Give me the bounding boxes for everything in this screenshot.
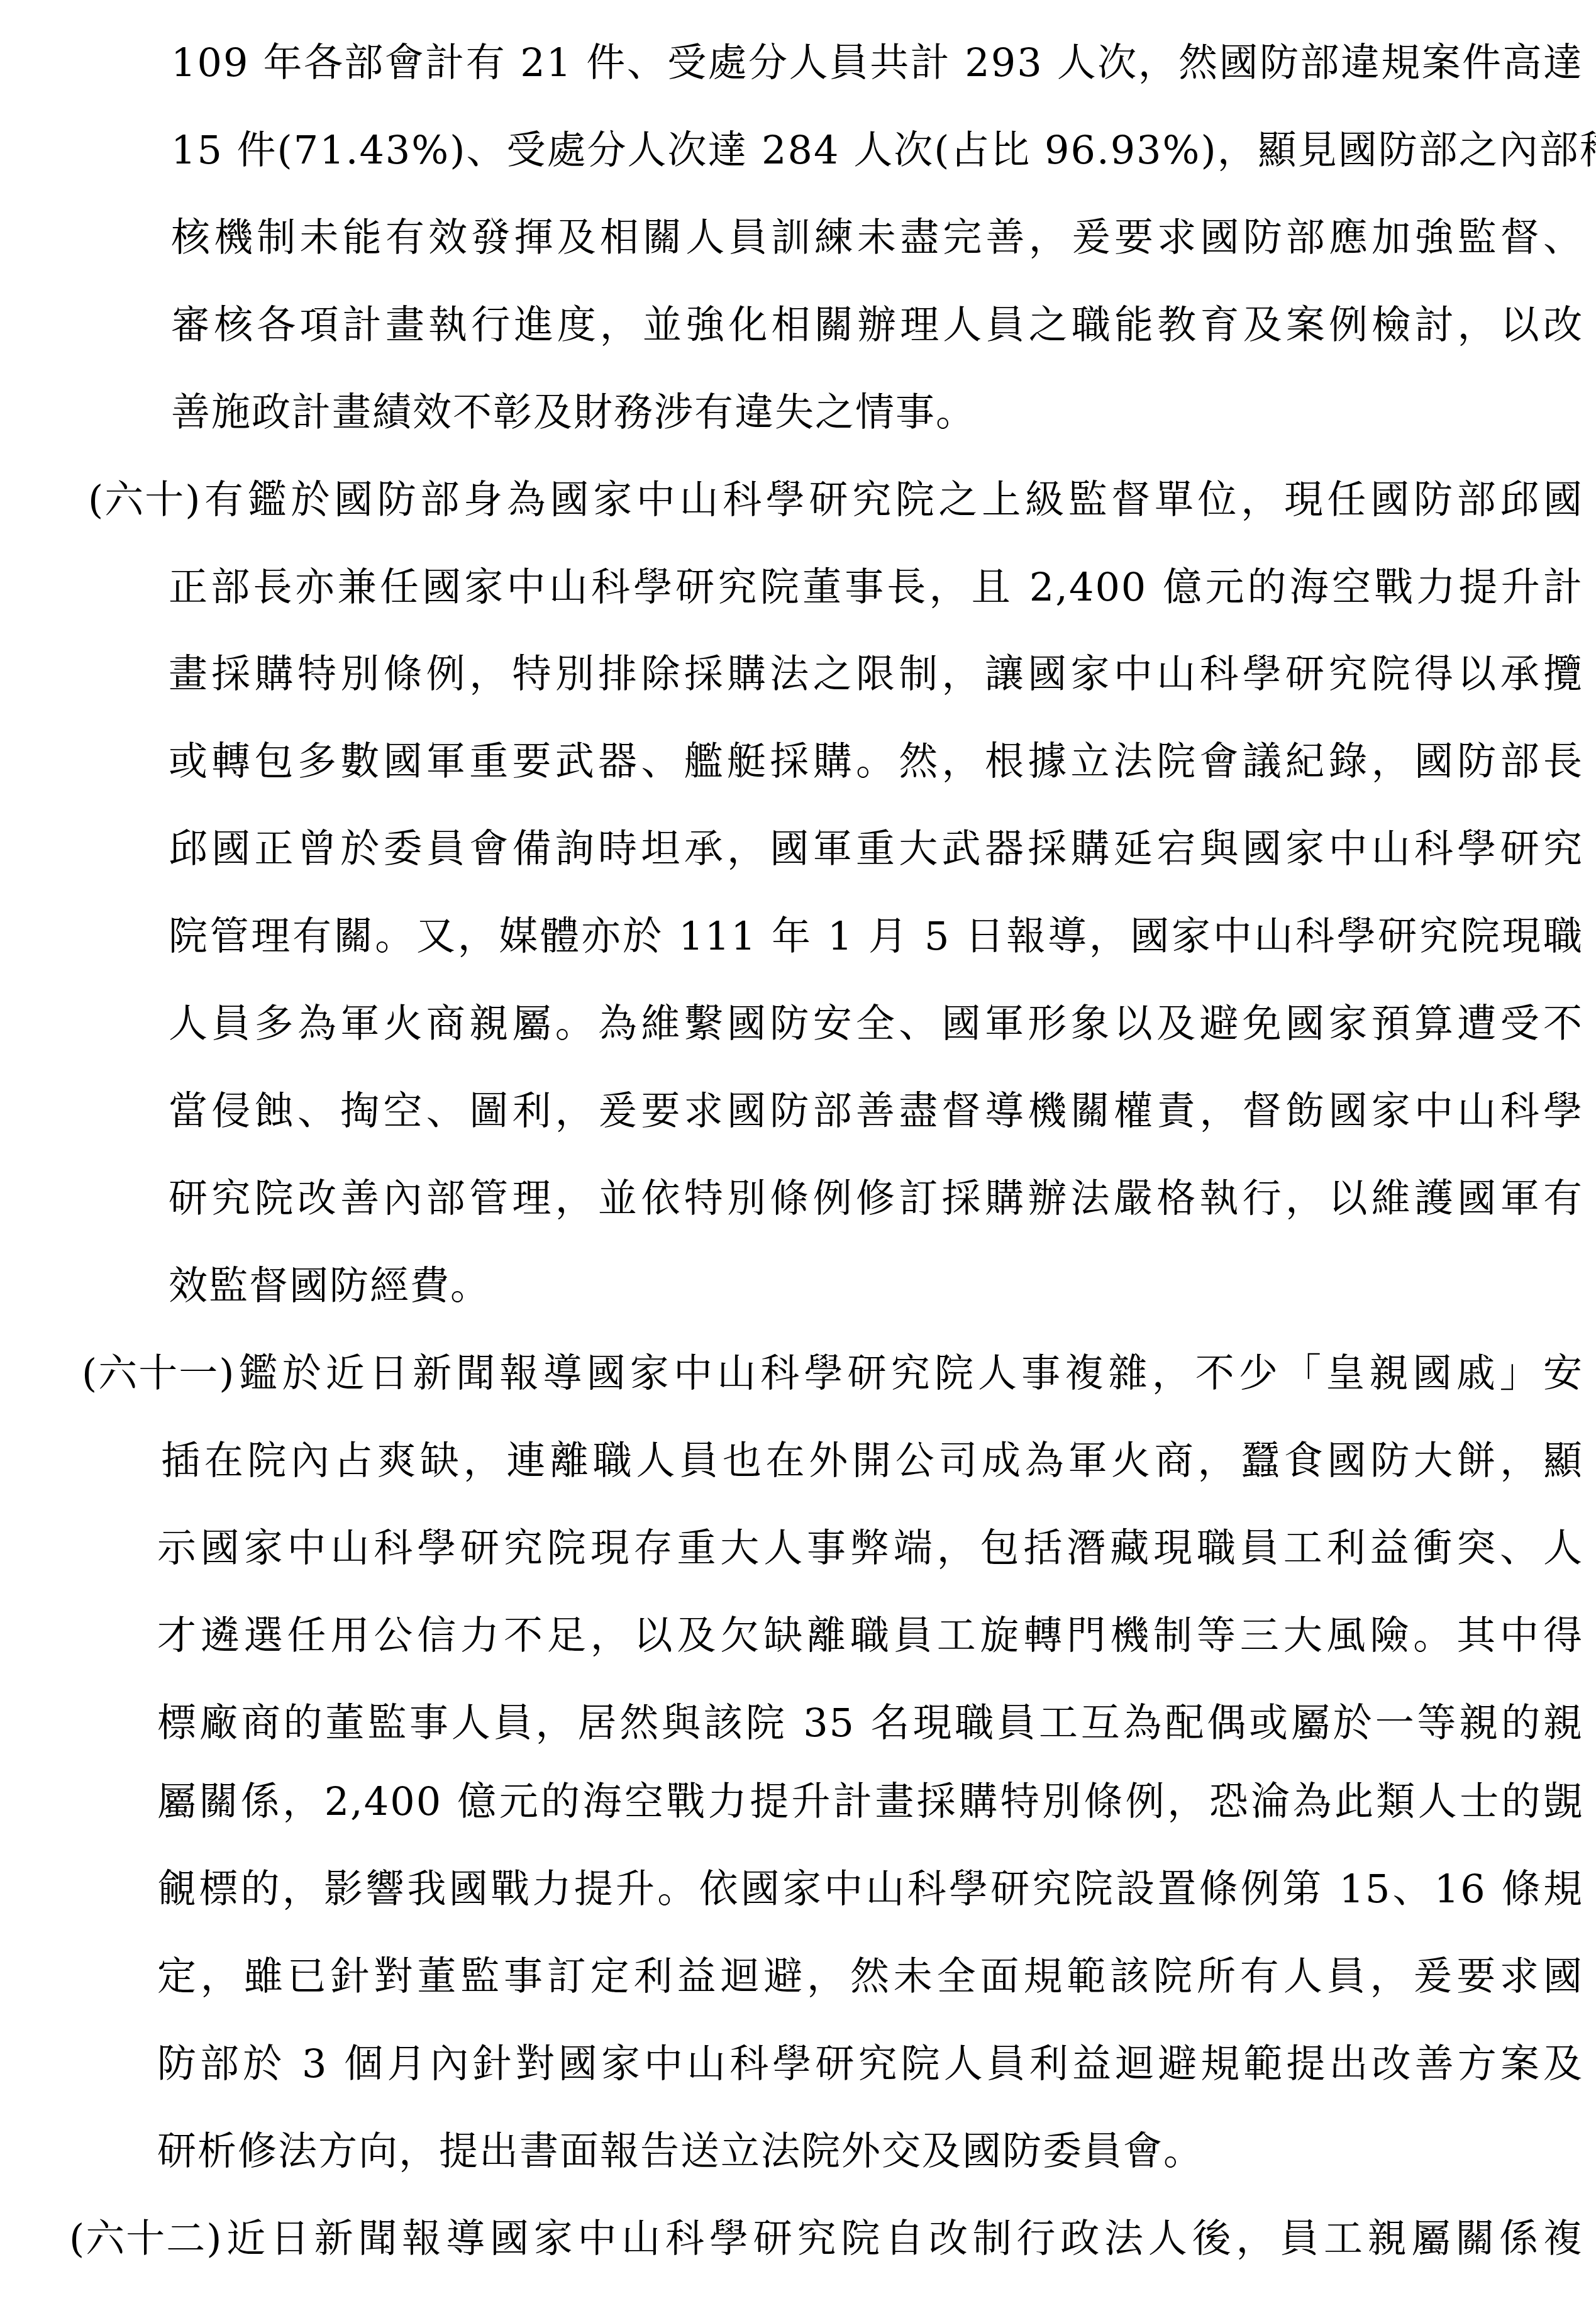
- text-line: 效監督國防經費。: [169, 1263, 490, 1309]
- text-line: 善施政計畫績效不彰及財務涉有違失之情事。: [171, 390, 976, 435]
- text-line: 審核各項計畫執行進度，並強化相關辦理人員之職能教育及案例檢討，以改: [171, 302, 1583, 348]
- text-line: 才遴選任用公信力不足，以及欠缺離職員工旋轉門機制等三大風險。其中得: [157, 1613, 1583, 1658]
- item-number-label: (六十一): [82, 1351, 235, 1396]
- text-line: 定，雖已針對董監事訂定利益迴避，然未全面規範該院所有人員，爰要求國: [157, 1954, 1583, 1999]
- text-line: 研究院改善內部管理，並依特別條例修訂採購辦法嚴格執行，以維護國軍有: [169, 1176, 1583, 1221]
- text-line: 邱國正曾於委員會備詢時坦承，國軍重大武器採購延宕與國家中山科學研究: [169, 826, 1583, 872]
- text-line: 插在院內占爽缺，連離職人員也在外開公司成為軍火商，蠶食國防大餅，顯: [161, 1438, 1583, 1483]
- text-line: 屬關係，2,400 億元的海空戰力提升計畫採購特別條例，恐淪為此類人士的覬: [157, 1779, 1583, 1824]
- text-line: 示國家中山科學研究院現存重大人事弊端，包括潛藏現職員工利益衝突、人: [157, 1526, 1583, 1571]
- text-line: 覦標的，影響我國戰力提升。依國家中山科學研究院設置條例第 15、16 條規: [157, 1866, 1583, 1912]
- text-line: 正部長亦兼任國家中山科學研究院董事長，且 2,400 億元的海空戰力提升計: [169, 565, 1583, 610]
- text-line-rest: 鑑於近日新聞報導國家中山科學研究院人事複雜，不少「皇親國戚」安: [235, 1350, 1583, 1396]
- text-line: 研析修法方向，提出書面報告送立法院外交及國防委員會。: [157, 2129, 1204, 2174]
- text-line: 當侵蝕、掏空、圖利，爰要求國防部善盡督導機關權責，督飭國家中山科學: [169, 1089, 1583, 1134]
- paragraph-61-first-line: (六十一)鑑於近日新聞報導國家中山科學研究院人事複雜，不少「皇親國戚」安: [82, 1351, 1583, 1396]
- document-page: 109 年各部會計有 21 件、受處分人員共計 293 人次，然國防部違規案件高…: [0, 0, 1596, 2318]
- text-line: 109 年各部會計有 21 件、受處分人員共計 293 人次，然國防部違規案件高…: [171, 40, 1583, 86]
- text-line: 院管理有關。又，媒體亦於 111 年 1 月 5 日報導，國家中山科學研究院現職: [169, 914, 1583, 959]
- text-line: 或轉包多數國軍重要武器、艦艇採購。然，根據立法院會議紀錄，國防部長: [169, 739, 1583, 784]
- text-line-rest: 近日新聞報導國家中山科學研究院自改制行政法人後，員工親屬關係複: [223, 2215, 1583, 2261]
- item-number-label: (六十): [88, 477, 201, 523]
- text-line-rest: 有鑑於國防部身為國家中山科學研究院之上級監督單位，現任國防部邱國: [201, 477, 1583, 523]
- paragraph-62-first-line: (六十二)近日新聞報導國家中山科學研究院自改制行政法人後，員工親屬關係複: [69, 2216, 1583, 2261]
- text-line: 標廠商的董監事人員，居然與該院 35 名現職員工互為配偶或屬於一等親的親: [157, 1700, 1583, 1746]
- text-line: 防部於 3 個月內針對國家中山科學研究院人員利益迴避規範提出改善方案及: [157, 2041, 1583, 2087]
- item-number-label: (六十二): [69, 2216, 223, 2261]
- text-line: 畫採購特別條例，特別排除採購法之限制，讓國家中山科學研究院得以承攬: [169, 652, 1583, 697]
- text-line: 人員多為軍火商親屬。為維繫國防安全、國軍形象以及避免國家預算遭受不: [169, 1001, 1583, 1046]
- text-line: 15 件(71.43%)、受處分人次達 284 人次(占比 96.93%)，顯見…: [171, 128, 1583, 173]
- text-line: 核機制未能有效發揮及相關人員訓練未盡完善，爰要求國防部應加強監督、: [171, 215, 1583, 260]
- paragraph-60-first-line: (六十)有鑑於國防部身為國家中山科學研究院之上級監督單位，現任國防部邱國: [88, 477, 1583, 523]
